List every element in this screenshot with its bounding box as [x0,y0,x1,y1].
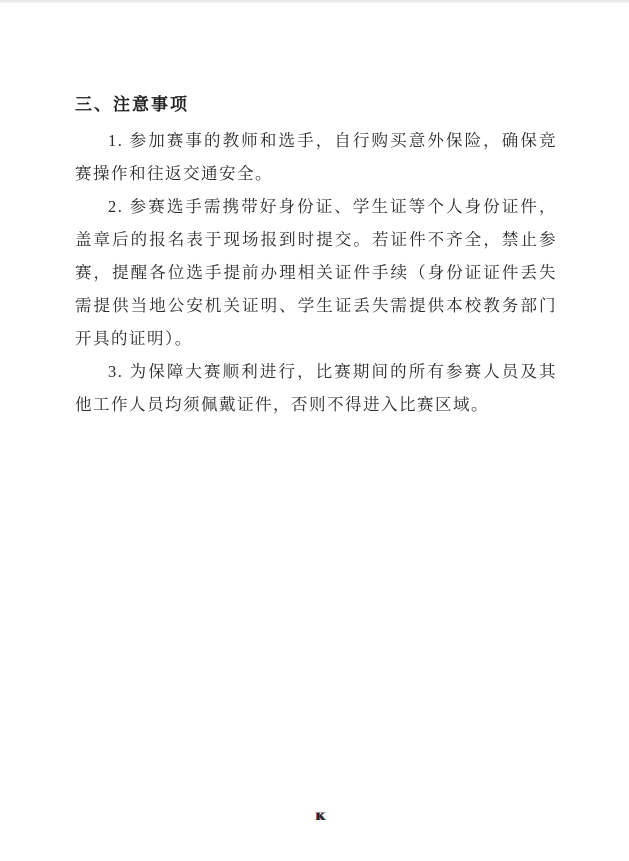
paragraph-id-documents-notice: 2. 参赛选手需携带好身份证、学生证等个人身份证件，盖章后的报名表于现场报到时提… [75,190,557,355]
footer-page-mark: K [316,809,325,823]
paragraph-insurance-notice: 1. 参加赛事的教师和选手，自行购买意外保险，确保竞赛操作和往返交通安全。 [75,124,557,190]
section-heading: 三、注意事项 [75,93,557,116]
document-page: { "page": { "heading": "三、注意事项", "paragr… [0,0,629,861]
page-top-edge-shadow [0,0,629,3]
paragraph-badge-notice: 3. 为保障大赛顺利进行，比赛期间的所有参赛人员及其他工作人员均须佩戴证件，否则… [75,355,557,421]
document-body: 三、注意事项 1. 参加赛事的教师和选手，自行购买意外保险，确保竞赛操作和往返交… [75,93,557,421]
